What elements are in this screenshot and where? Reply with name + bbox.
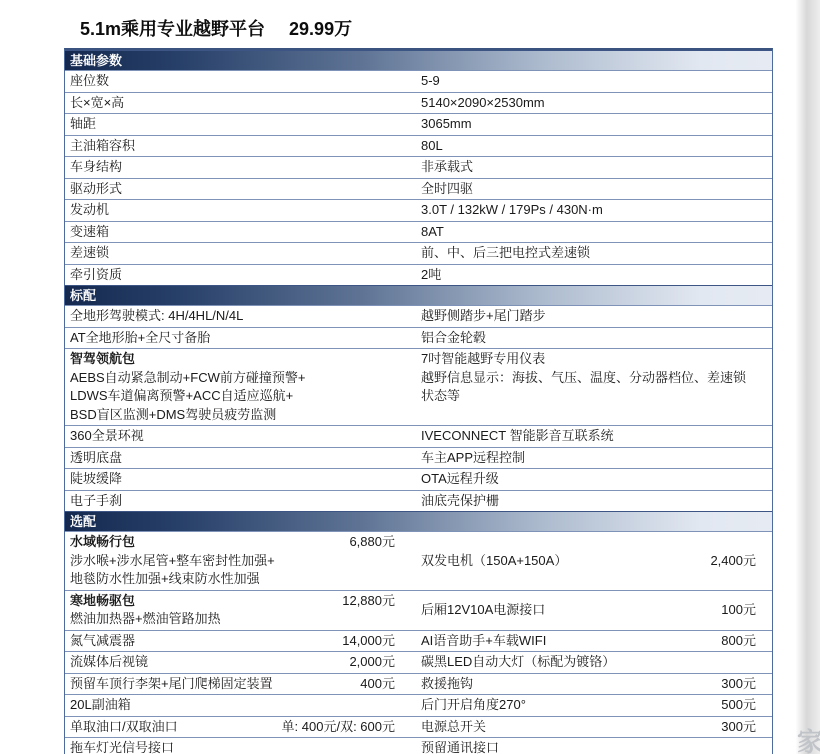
feature-right: OTA远程升级 — [413, 469, 772, 490]
spec-label: 轴距 — [65, 114, 413, 135]
package-desc-line: 涉水喉+涉水尾管+整车密封性加强+ — [70, 552, 407, 571]
feature-left: 360全景环视 — [65, 426, 413, 447]
option-right: 预留通讯接口 — [413, 738, 772, 754]
option-name: 救援拖钩 — [421, 675, 473, 694]
option-name: 流媒体后视镜 — [70, 653, 148, 672]
option-right: 双发电机（150A+150A） 2,400元 — [413, 532, 772, 590]
package-desc-line: AEBS自动紧急制动+FCW前方碰撞预警+ — [70, 369, 407, 388]
option-name: 双发电机（150A+150A） — [421, 552, 567, 571]
feature-right: 越野侧踏步+尾门踏步 — [413, 306, 772, 327]
table-row: 发动机 3.0T / 132kW / 179Ps / 430N·m — [65, 199, 772, 221]
option-price: 6,880元 — [349, 533, 407, 552]
watermark-text: 家 — [797, 722, 820, 754]
feature-left: 智驾领航包 AEBS自动紧急制动+FCW前方碰撞预警+ LDWS车道偏离预警+A… — [65, 349, 413, 425]
feature-right: 7吋智能越野专用仪表 越野信息显示：海拔、气压、温度、分动器档位、差速锁状态等 — [413, 349, 772, 425]
feature-left: 电子手刹 — [65, 491, 413, 512]
table-row: 座位数 5-9 — [65, 70, 772, 92]
option-price: 14,000元 — [342, 632, 407, 651]
table-row: 变速箱 8AT — [65, 221, 772, 243]
option-right: 后门开启角度270° 500元 — [413, 695, 772, 716]
spec-value: 非承载式 — [413, 157, 772, 178]
package-name: 水域畅行包 — [70, 533, 135, 552]
option-name: AI语音助手+车载WIFI — [421, 632, 546, 651]
spec-value: 2吨 — [413, 265, 772, 286]
page-price: 29.99万 — [289, 15, 352, 41]
option-price: 100元 — [721, 601, 756, 620]
table-row: 轴距 3065mm — [65, 113, 772, 135]
spec-label: 驱动形式 — [65, 179, 413, 200]
table-row: 智驾领航包 AEBS自动紧急制动+FCW前方碰撞预警+ LDWS车道偏离预警+A… — [65, 348, 772, 425]
table-row: 全地形驾驶模式: 4H/4HL/N/4L 越野侧踏步+尾门踏步 — [65, 305, 772, 327]
feature-left: 透明底盘 — [65, 448, 413, 469]
table-row: 长×宽×高 5140×2090×2530mm — [65, 92, 772, 114]
feature-right: 铝合金轮毂 — [413, 328, 772, 349]
option-price: 300元 — [721, 675, 756, 694]
title-bar: 5.1m乘用专业越野平台 29.99万 — [64, 0, 773, 48]
table-row: 流媒体后视镜 2,000元 碳黑LED自动大灯（标配为镀铬） — [65, 651, 772, 673]
option-name: 氮气减震器 — [70, 632, 135, 651]
table-row: 20L副油箱 后门开启角度270° 500元 — [65, 694, 772, 716]
option-name: 后厢12V10A电源接口 — [421, 601, 545, 620]
option-name: 单取油口/双取油口 — [70, 718, 178, 737]
spec-value: 全时四驱 — [413, 179, 772, 200]
section-header-standard: 标配 — [65, 285, 772, 305]
spec-label: 座位数 — [65, 71, 413, 92]
option-price: 400元 — [360, 675, 407, 694]
option-price: 800元 — [721, 632, 756, 651]
spec-label: 主油箱容积 — [65, 136, 413, 157]
feature-right: IVECONNECT 智能影音互联系统 — [413, 426, 772, 447]
spec-label: 发动机 — [65, 200, 413, 221]
spec-label: 车身结构 — [65, 157, 413, 178]
spec-value: 3065mm — [413, 114, 772, 135]
option-price: 2,400元 — [710, 552, 756, 571]
option-name: 后门开启角度270° — [421, 696, 526, 715]
feature-right: 油底壳保护栅 — [413, 491, 772, 512]
option-left: 寒地畅驱包 12,880元 燃油加热器+燃油管路加热 — [65, 591, 413, 630]
spec-label: 长×宽×高 — [65, 93, 413, 114]
table-row: 水域畅行包 6,880元 涉水喉+涉水尾管+整车密封性加强+ 地毯防水性加强+线… — [65, 531, 772, 590]
option-name: 预留车顶行李架+尾门爬梯固定装置 — [70, 675, 273, 694]
spec-value: 80L — [413, 136, 772, 157]
option-left: 20L副油箱 — [65, 695, 413, 716]
table-row: 360全景环视 IVECONNECT 智能影音互联系统 — [65, 425, 772, 447]
table-row: 单取油口/双取油口 单: 400元/双: 600元 电源总开关 300元 — [65, 716, 772, 738]
option-price: 单: 400元/双: 600元 — [282, 718, 407, 737]
table-row: 预留车顶行李架+尾门爬梯固定装置 400元 救援拖钩 300元 — [65, 673, 772, 695]
table-row: 陡坡缓降 OTA远程升级 — [65, 468, 772, 490]
spec-label: 牵引资质 — [65, 265, 413, 286]
spec-table: 基础参数 座位数 5-9 长×宽×高 5140×2090×2530mm 轴距 3… — [64, 48, 773, 754]
option-left: 单取油口/双取油口 单: 400元/双: 600元 — [65, 717, 413, 738]
option-price: 500元 — [721, 696, 756, 715]
table-row: 透明底盘 车主APP远程控制 — [65, 447, 772, 469]
option-left: 拖车灯光信号接口 — [65, 738, 413, 754]
package-name: 智驾领航包 — [70, 350, 407, 369]
page-title: 5.1m乘用专业越野平台 — [80, 15, 265, 41]
feature-right: 车主APP远程控制 — [413, 448, 772, 469]
option-left: 氮气减震器 14,000元 — [65, 631, 413, 652]
option-name: 电源总开关 — [421, 718, 486, 737]
table-row: 车身结构 非承载式 — [65, 156, 772, 178]
spec-label: 变速箱 — [65, 222, 413, 243]
table-row: 牵引资质 2吨 — [65, 264, 772, 286]
table-row: AT全地形胎+全尺寸备胎 铝合金轮毂 — [65, 327, 772, 349]
section-header-basic: 基础参数 — [65, 50, 772, 70]
spec-value: 5140×2090×2530mm — [413, 93, 772, 114]
package-name: 寒地畅驱包 — [70, 592, 135, 611]
spec-value: 3.0T / 132kW / 179Ps / 430N·m — [413, 200, 772, 221]
table-row: 差速锁 前、中、后三把电控式差速锁 — [65, 242, 772, 264]
table-row: 氮气减震器 14,000元 AI语音助手+车载WIFI 800元 — [65, 630, 772, 652]
option-left: 流媒体后视镜 2,000元 — [65, 652, 413, 673]
feature-desc: 越野信息显示：海拔、气压、温度、分动器档位、差速锁状态等 — [421, 369, 756, 406]
option-right: 碳黑LED自动大灯（标配为镀铬） — [413, 652, 772, 673]
table-row: 主油箱容积 80L — [65, 135, 772, 157]
package-desc-line: 地毯防水性加强+线束防水性加强 — [70, 570, 407, 589]
package-desc-line: BSD盲区监测+DMS驾驶员疲劳监测 — [70, 406, 407, 425]
option-price: 2,000元 — [349, 653, 407, 672]
table-row: 电子手刹 油底壳保护栅 — [65, 490, 772, 512]
spec-value: 5-9 — [413, 71, 772, 92]
package-desc-line: LDWS车道偏离预警+ACC自适应巡航+ — [70, 387, 407, 406]
section-header-optional: 选配 — [65, 511, 772, 531]
option-left: 预留车顶行李架+尾门爬梯固定装置 400元 — [65, 674, 413, 695]
option-price: 300元 — [721, 718, 756, 737]
feature-name: 7吋智能越野专用仪表 — [421, 350, 756, 369]
table-row: 寒地畅驱包 12,880元 燃油加热器+燃油管路加热 后厢12V10A电源接口 … — [65, 590, 772, 630]
option-right: AI语音助手+车载WIFI 800元 — [413, 631, 772, 652]
table-row: 驱动形式 全时四驱 — [65, 178, 772, 200]
spec-value: 前、中、后三把电控式差速锁 — [413, 243, 772, 264]
package-desc-line: 燃油加热器+燃油管路加热 — [70, 610, 407, 629]
feature-left: AT全地形胎+全尺寸备胎 — [65, 328, 413, 349]
spec-sheet: 5.1m乘用专业越野平台 29.99万 基础参数 座位数 5-9 长×宽×高 5… — [64, 0, 773, 754]
option-right: 后厢12V10A电源接口 100元 — [413, 591, 772, 630]
spec-value: 8AT — [413, 222, 772, 243]
feature-left: 全地形驾驶模式: 4H/4HL/N/4L — [65, 306, 413, 327]
option-right: 电源总开关 300元 — [413, 717, 772, 738]
table-row: 拖车灯光信号接口 预留通讯接口 — [65, 737, 772, 754]
spec-label: 差速锁 — [65, 243, 413, 264]
feature-left: 陡坡缓降 — [65, 469, 413, 490]
option-right: 救援拖钩 300元 — [413, 674, 772, 695]
option-price: 12,880元 — [342, 592, 407, 611]
page-edge-strip — [796, 0, 820, 754]
option-left: 水域畅行包 6,880元 涉水喉+涉水尾管+整车密封性加强+ 地毯防水性加强+线… — [65, 532, 413, 590]
